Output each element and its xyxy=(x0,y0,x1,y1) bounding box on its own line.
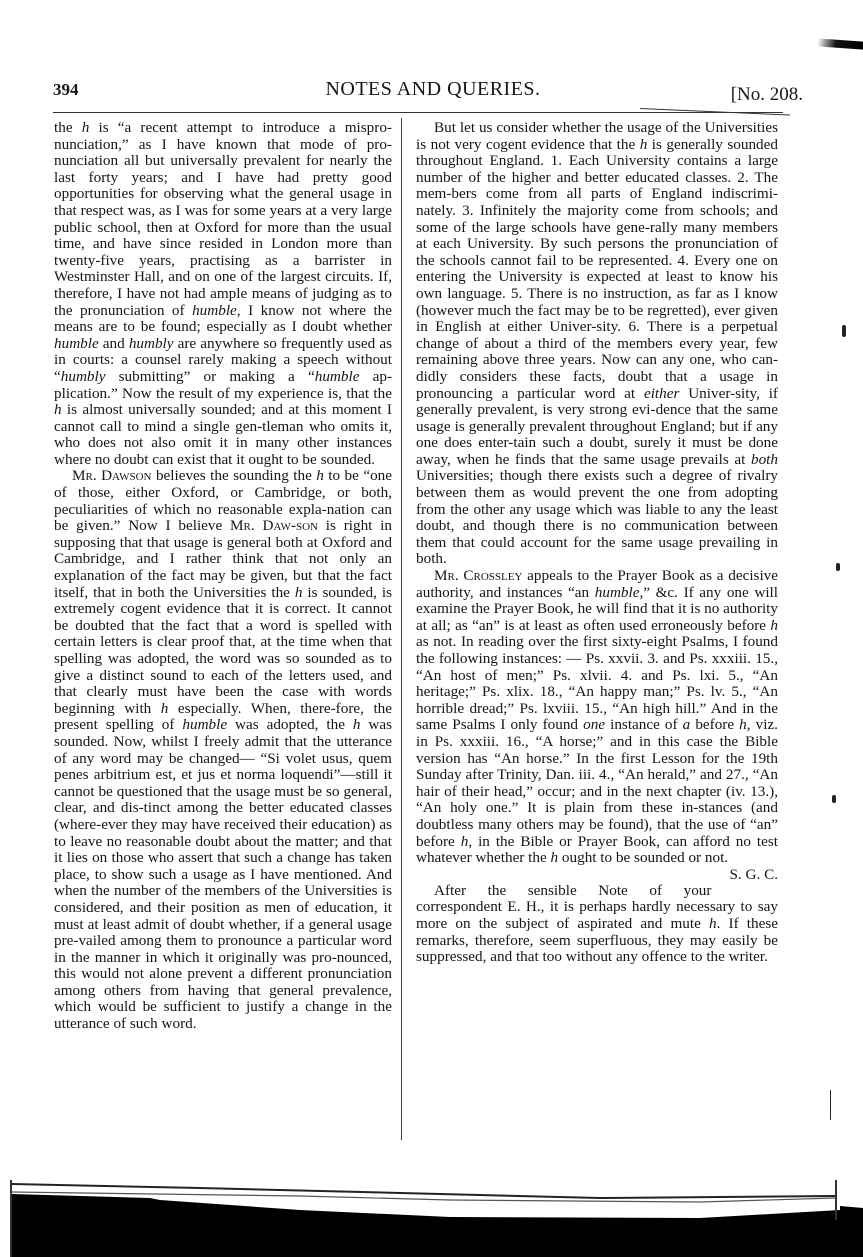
paragraph: Mr. Crossley appeals to the Prayer Book … xyxy=(416,568,778,867)
scan-edge-mark xyxy=(830,1090,831,1120)
header-rule xyxy=(53,112,783,113)
scan-edge-mark xyxy=(842,325,846,337)
paragraph: Mr. Dawson believes the sounding the h t… xyxy=(54,468,392,1032)
scan-edge-artifact xyxy=(818,38,863,49)
journal-title: NOTES AND QUERIES. xyxy=(53,78,793,101)
issue-number: [No. 208. xyxy=(731,84,803,106)
scan-bottom-edge xyxy=(0,1180,863,1257)
paragraph: But let us consider whether the usage of… xyxy=(416,120,778,568)
paragraph: After the sensible Note of your correspo… xyxy=(416,883,778,966)
column-divider xyxy=(401,118,402,1140)
scan-edge-mark xyxy=(836,563,840,571)
scan-edge-mark xyxy=(832,795,836,803)
page-curl-shadow xyxy=(0,1180,863,1257)
right-column: But let us consider whether the usage of… xyxy=(416,120,778,966)
page-header: 394 NOTES AND QUERIES. [No. 208. xyxy=(53,74,793,106)
signature: S. G. C. xyxy=(711,867,778,884)
left-column: the h is “a recent attempt to introduce … xyxy=(54,120,392,1033)
paragraph: the h is “a recent attempt to introduce … xyxy=(54,120,392,468)
